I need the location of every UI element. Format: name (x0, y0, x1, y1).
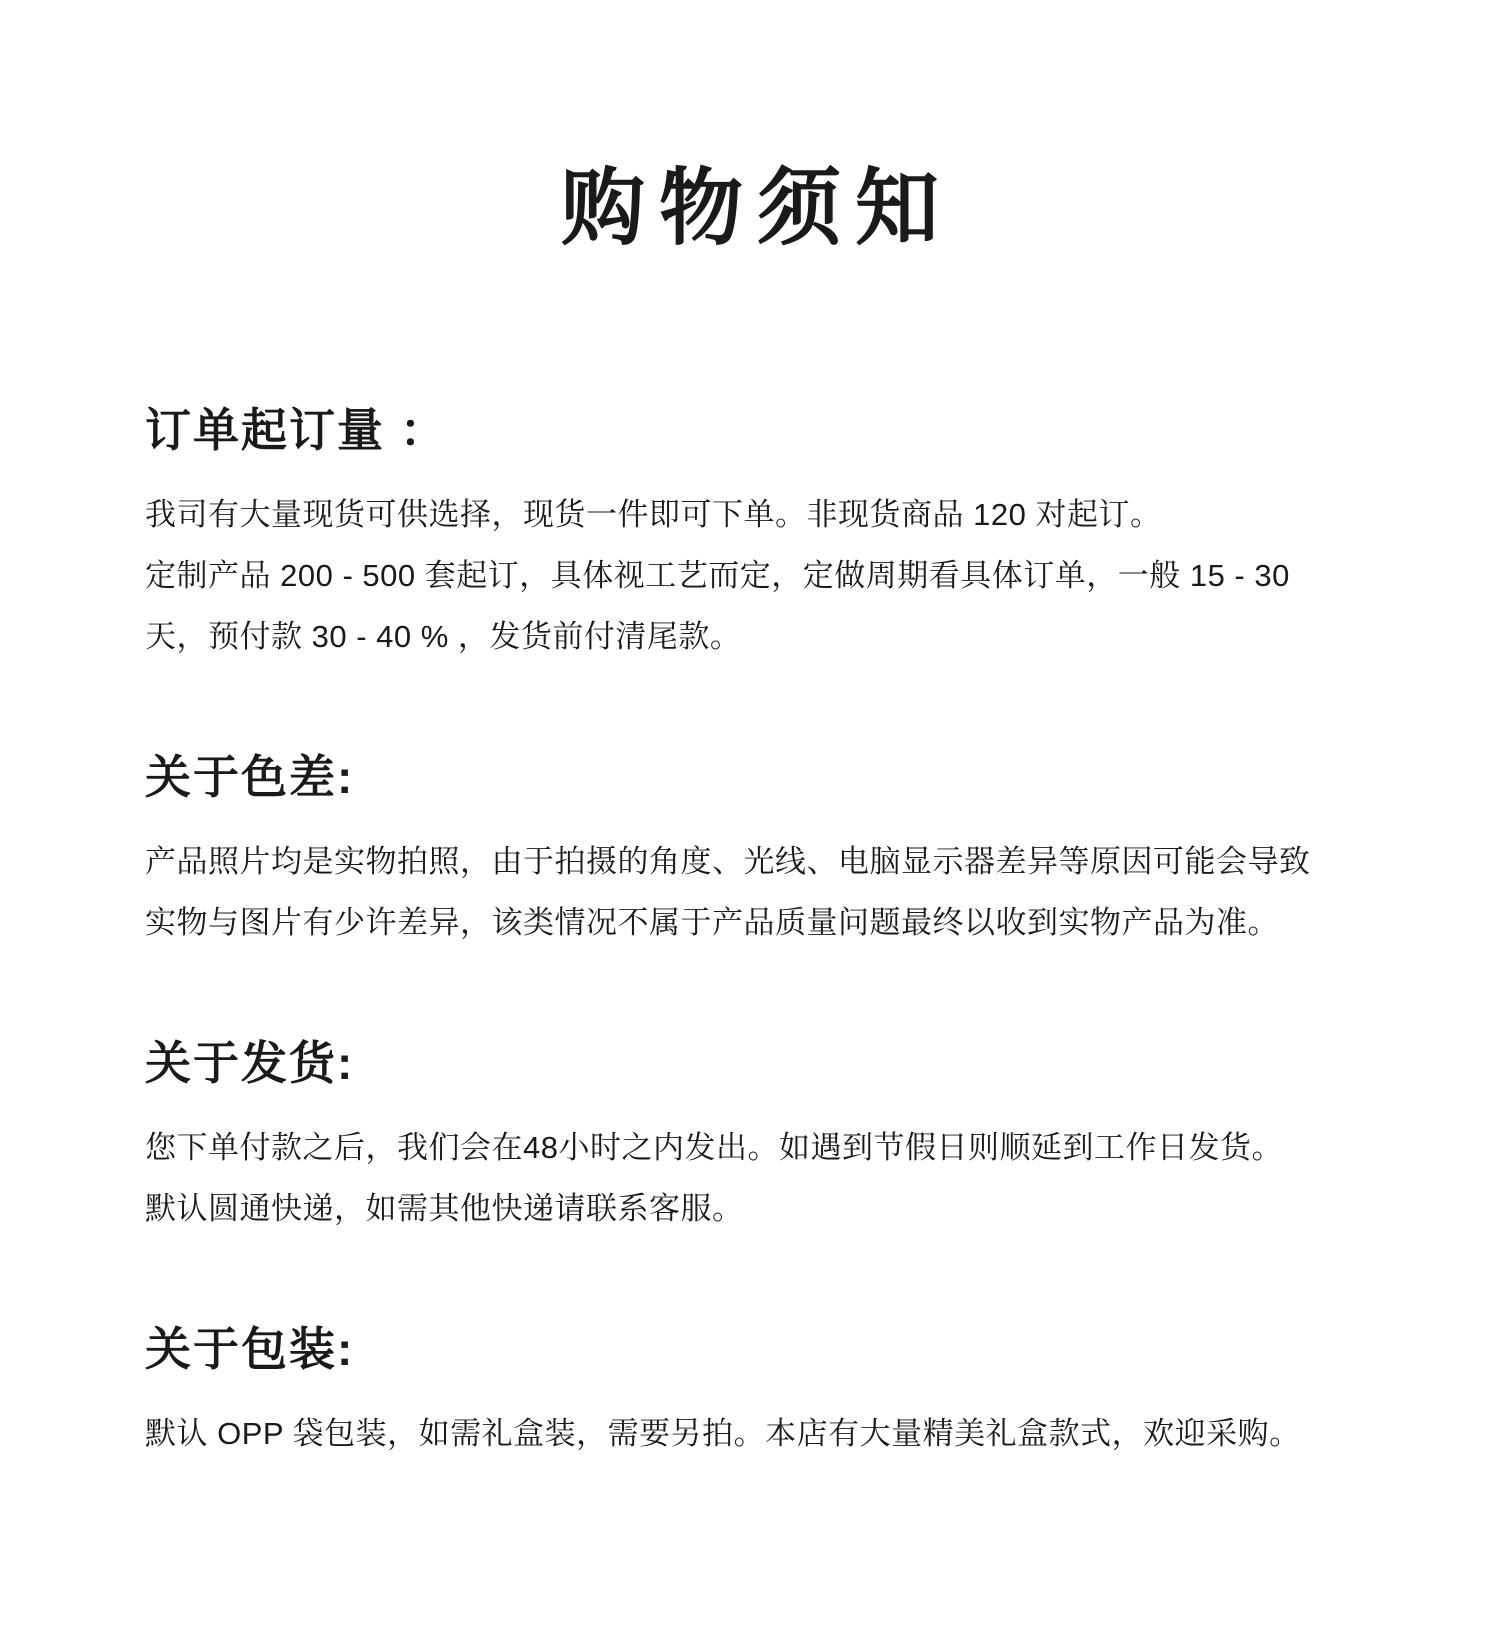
section-shipping: 关于发货: 您下单付款之后，我们会在48小时之内发出。如遇到节假日则顺延到工作日… (145, 1037, 1355, 1239)
notice-content: 订单起订量 ： 我司有大量现货可供选择，现货一件即可下单。非现货商品 120 对… (0, 404, 1500, 1464)
text-line: 天，预付款 30 - 40 % ，发货前付清尾款。 (145, 606, 1355, 667)
page-title: 购物须知 (0, 162, 1500, 254)
text-line: 默认 OPP 袋包装，如需礼盒装，需要另拍。本店有大量精美礼盒款式，欢迎采购。 (145, 1403, 1355, 1464)
section-minimum-order: 订单起订量 ： 我司有大量现货可供选择，现货一件即可下单。非现货商品 120 对… (145, 404, 1355, 667)
text-line: 您下单付款之后，我们会在48小时之内发出。如遇到节假日则顺延到工作日发货。 (145, 1117, 1355, 1178)
text-line: 产品照片均是实物拍照，由于拍摄的角度、光线、电脑显示器差异等原因可能会导致 (145, 831, 1355, 892)
section-heading-packaging: 关于包装: (145, 1323, 1355, 1375)
text-line: 定制产品 200 - 500 套起订，具体视工艺而定，定做周期看具体订单，一般 … (145, 545, 1355, 606)
section-heading-minimum-order: 订单起订量 ： (145, 404, 1355, 456)
text-line: 实物与图片有少许差异，该类情况不属于产品质量问题最终以收到实物产品为准。 (145, 892, 1355, 953)
section-paragraph: 默认 OPP 袋包装，如需礼盒装，需要另拍。本店有大量精美礼盒款式，欢迎采购。 (145, 1403, 1355, 1464)
section-heading-color-difference: 关于色差: (145, 751, 1355, 803)
text-line: 默认圆通快递，如需其他快递请联系客服。 (145, 1178, 1355, 1239)
section-packaging: 关于包装: 默认 OPP 袋包装，如需礼盒装，需要另拍。本店有大量精美礼盒款式，… (145, 1323, 1355, 1464)
section-paragraph: 我司有大量现货可供选择，现货一件即可下单。非现货商品 120 对起订。 定制产品… (145, 484, 1355, 667)
section-paragraph: 产品照片均是实物拍照，由于拍摄的角度、光线、电脑显示器差异等原因可能会导致 实物… (145, 831, 1355, 953)
text-line: 我司有大量现货可供选择，现货一件即可下单。非现货商品 120 对起订。 (145, 484, 1355, 545)
section-color-difference: 关于色差: 产品照片均是实物拍照，由于拍摄的角度、光线、电脑显示器差异等原因可能… (145, 751, 1355, 953)
section-paragraph: 您下单付款之后，我们会在48小时之内发出。如遇到节假日则顺延到工作日发货。 默认… (145, 1117, 1355, 1239)
section-heading-shipping: 关于发货: (145, 1037, 1355, 1089)
shopping-notice-page: 购物须知 订单起订量 ： 我司有大量现货可供选择，现货一件即可下单。非现货商品 … (0, 0, 1500, 1652)
